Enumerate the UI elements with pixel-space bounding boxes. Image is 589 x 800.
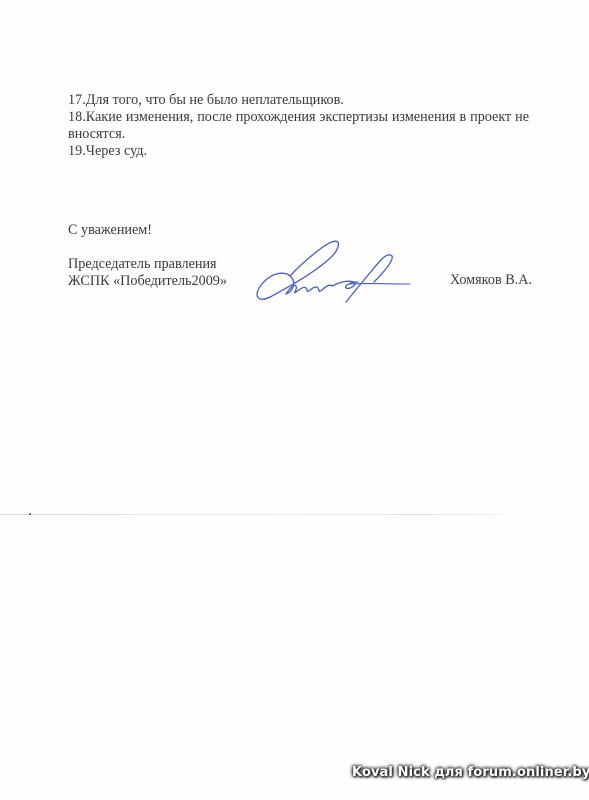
answer-text: Какие изменения, после прохождения экспе…	[68, 109, 529, 142]
scan-speck	[29, 513, 31, 515]
answer-number: 18.	[68, 109, 86, 125]
answer-text: Через суд.	[86, 143, 147, 159]
signer-name: Хомяков В.А.	[450, 272, 532, 289]
answer-number: 17.	[68, 92, 86, 108]
signer-title-line1: Председатель правления	[68, 256, 227, 273]
signer-title: Председатель правления ЖСПК «Победитель2…	[68, 256, 227, 290]
answers-list: 17.Для того, что бы не было неплательщик…	[68, 92, 529, 160]
answer-text: Для того, что бы не было неплательщиков.	[86, 92, 344, 108]
handwritten-signature-icon	[250, 238, 420, 313]
answer-item-19: 19.Через суд.	[68, 143, 529, 160]
scanned-page: 17.Для того, что бы не было неплательщик…	[0, 0, 589, 800]
answer-item-17: 17.Для того, что бы не было неплательщик…	[68, 92, 529, 109]
signer-title-line2: ЖСПК «Победитель2009»	[68, 273, 227, 290]
closing-salutation: С уважением!	[68, 222, 152, 239]
answer-number: 19.	[68, 143, 86, 159]
forum-watermark: Koval Nick для forum.onliner.by	[352, 765, 589, 780]
scan-fold-line	[0, 514, 530, 515]
answer-item-18: 18.Какие изменения, после прохождения эк…	[68, 109, 529, 143]
